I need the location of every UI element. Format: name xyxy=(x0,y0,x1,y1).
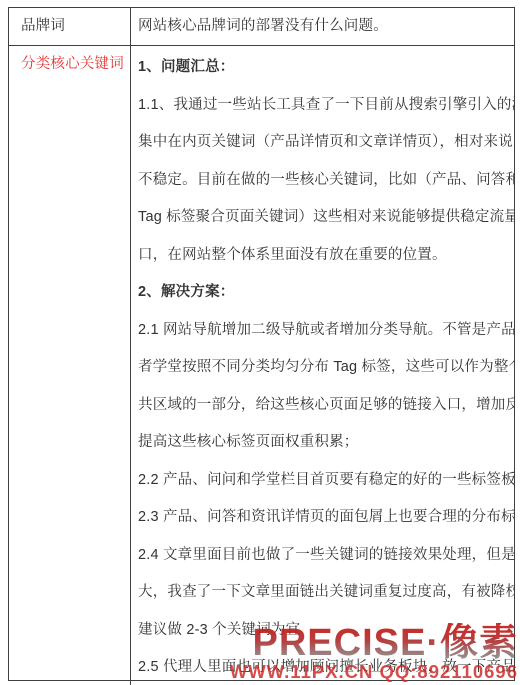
row-label-text: 品牌词 xyxy=(21,8,130,45)
content-line: 2、解决方案： xyxy=(138,274,512,312)
content-line: 大，我查了一下文章里面链出关键词重复过度高，有被降权的风险。 xyxy=(138,574,512,612)
content-line: 不稳定。目前在做的一些核心关键词，比如（产品、问答和资讯分类 xyxy=(138,162,512,200)
content-line: 1.1、我通过一些站长工具查了一下目前从搜索引擎引入的流量主要 xyxy=(138,87,512,125)
content-line: 2.2 产品、问问和学堂栏目首页要有稳定的好的一些标签板块位置； xyxy=(138,462,512,500)
content-line: 提高这些核心标签页面权重积累； xyxy=(138,424,512,462)
content-line: 1、问题汇总： xyxy=(138,49,512,87)
content-line: 口，在网站整个体系里面没有放在重要的位置。 xyxy=(138,237,512,275)
row-label: 品牌词 xyxy=(9,8,131,45)
seo-report-table: 品牌词网站核心品牌词的部署没有什么问题。分类核心关键词1、问题汇总：1.1、我通… xyxy=(8,7,515,681)
content-line: 集中在内页关键词（产品详情页和文章详情页），相对来说比较分散， xyxy=(138,124,512,162)
row-label-text: 分类核心关键词 xyxy=(21,46,130,84)
content-line: Tag 标签聚合页面关键词）这些相对来说能够提供稳定流量的引流入 xyxy=(138,199,512,237)
content-line: 网站核心品牌词的部署没有什么问题。 xyxy=(138,8,512,45)
content-line: 者学堂按照不同分类均匀分布 Tag 标签，这些可以作为整个网站公 xyxy=(138,349,512,387)
document-page: 品牌词网站核心品牌词的部署没有什么问题。分类核心关键词1、问题汇总：1.1、我通… xyxy=(0,0,520,685)
row-content: 1、问题汇总：1.1、我通过一些站长工具查了一下目前从搜索引擎引入的流量主要集中… xyxy=(131,46,514,685)
content-line: 2.1 网站导航增加二级导航或者增加分类导航。不管是产品、问问或 xyxy=(138,312,512,350)
content-line: 2.4 文章里面目前也做了一些关键词的链接效果处理，但是数量太 xyxy=(138,537,512,575)
row-label: 分类核心关键词 xyxy=(9,46,131,685)
content-line: 2.5 代理人里面也可以增加顾问擅长业务板块，放一下产品分类标签 xyxy=(138,649,512,685)
table-row: 品牌词网站核心品牌词的部署没有什么问题。 xyxy=(9,8,514,45)
content-line: 建议做 2-3 个关键词为宜 xyxy=(138,612,512,650)
content-line: 2.3 产品、问答和资讯详情页的面包屑上也要合理的分布标签路径； xyxy=(138,499,512,537)
row-content: 网站核心品牌词的部署没有什么问题。 xyxy=(131,8,514,45)
table-row: 分类核心关键词1、问题汇总：1.1、我通过一些站长工具查了一下目前从搜索引擎引入… xyxy=(9,45,514,685)
content-line: 共区域的一部分，给这些核心页面足够的链接入口，增加反链数量， xyxy=(138,387,512,425)
